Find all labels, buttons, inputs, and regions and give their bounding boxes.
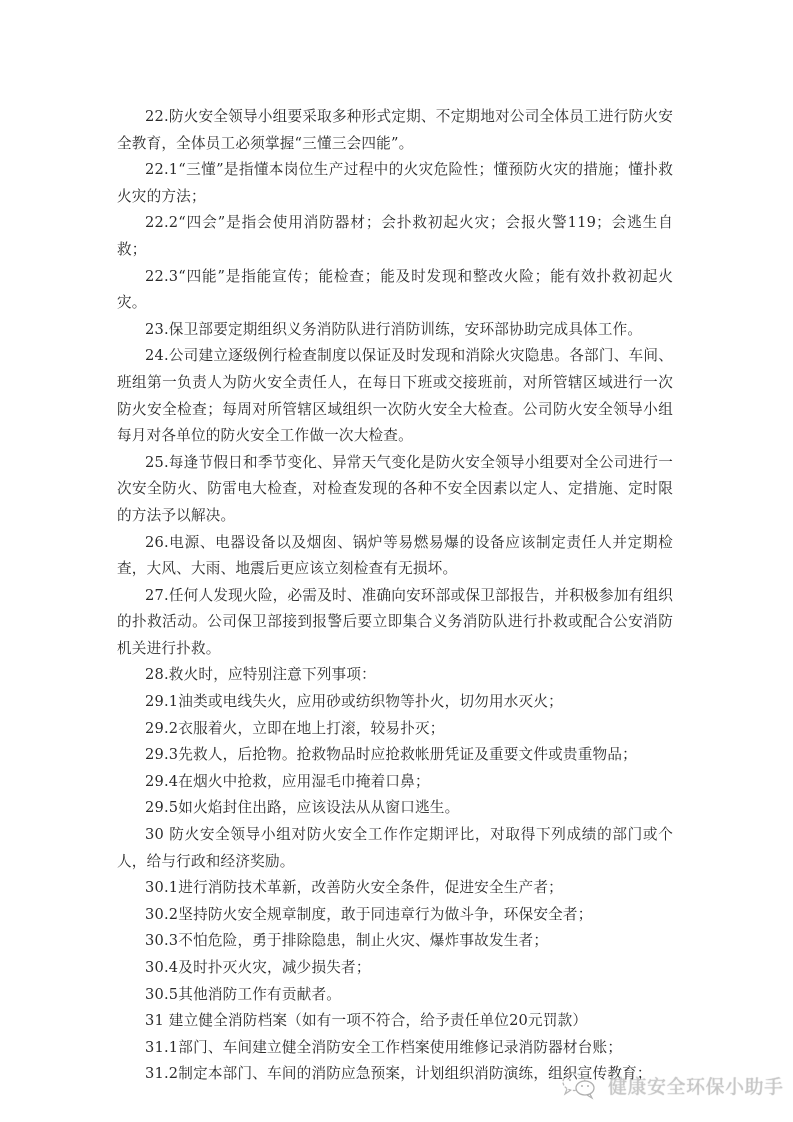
paragraph-22: 22.防火安全领导小组要采取多种形式定期、不定期地对公司全体员工进行防火安全教育… — [117, 104, 673, 157]
paragraph-29-1: 29.1油类或电线失火，应用砂或纺织物等扑火，切勿用水灭火； — [117, 689, 673, 716]
paragraph-29-2: 29.2衣服着火，立即在地上打滚，较易扑灭； — [117, 716, 673, 743]
paragraph-25: 25.每逢节假日和季节变化、异常天气变化是防火安全领导小组要对全公司进行一次安全… — [117, 450, 673, 530]
paragraph-30-1: 30.1进行消防技术革新，改善防火安全条件，促进安全生产者； — [117, 875, 673, 902]
wechat-icon — [560, 1070, 600, 1100]
paragraph-28: 28.救火时，应特别注意下列事项： — [117, 662, 673, 689]
paragraph-22-2: 22.2“四会”是指会使用消防器材；会扑救初起火灾；会报火警119；会逃生自救； — [117, 210, 673, 263]
paragraph-22-3: 22.3“四能”是指能宣传；能检查；能及时发现和整改火险；能有效扑救初起火灾。 — [117, 264, 673, 317]
paragraph-26: 26.电源、电器设备以及烟囱、锅炉等易燃易爆的设备应该制定责任人并定期检查，大风… — [117, 530, 673, 583]
paragraph-30: 30 防火安全领导小组对防火安全工作作定期评比，对取得下列成绩的部门或个人，给与… — [117, 822, 673, 875]
paragraph-31-1: 31.1部门、车间建立健全消防安全工作档案使用维修记录消防器材台账； — [117, 1035, 673, 1062]
paragraph-29-4: 29.4在烟火中抢救，应用湿毛巾掩着口鼻； — [117, 769, 673, 796]
watermark: 健康安全环保小助手 — [560, 1068, 784, 1102]
paragraph-24: 24.公司建立逐级例行检查制度以保证及时发现和消除火灾隐患。各部门、车间、班组第… — [117, 343, 673, 449]
watermark-text: 健康安全环保小助手 — [608, 1072, 784, 1099]
paragraph-29-5: 29.5如火焰封住出路，应该设法从从窗口逃生。 — [117, 795, 673, 822]
paragraph-30-4: 30.4及时扑灭火灾，减少损失者； — [117, 955, 673, 982]
paragraph-23: 23.保卫部要定期组织义务消防队进行消防训练，安环部协助完成具体工作。 — [117, 317, 673, 344]
paragraph-31: 31 建立健全消防档案（如有一项不符合，给予责任单位20元罚款） — [117, 1008, 673, 1035]
paragraph-27: 27.任何人发现火险，必需及时、准确向安环部或保卫部报告，并积极参加有组织的扑救… — [117, 583, 673, 663]
paragraph-30-5: 30.5其他消防工作有贡献者。 — [117, 982, 673, 1009]
paragraph-30-3: 30.3不怕危险，勇于排除隐患，制止火灾、爆炸事故发生者； — [117, 928, 673, 955]
paragraph-30-2: 30.2坚持防火安全规章制度，敢于同违章行为做斗争，环保安全者； — [117, 902, 673, 929]
document-page: 22.防火安全领导小组要采取多种形式定期、不定期地对公司全体员工进行防火安全教育… — [117, 104, 673, 1088]
paragraph-29-3: 29.3先救人，后抢物。抢救物品时应抢救帐册凭证及重要文件或贵重物品； — [117, 742, 673, 769]
paragraph-22-1: 22.1“三懂”是指懂本岗位生产过程中的火灾危险性；懂预防火灾的措施；懂扑救火灾… — [117, 157, 673, 210]
